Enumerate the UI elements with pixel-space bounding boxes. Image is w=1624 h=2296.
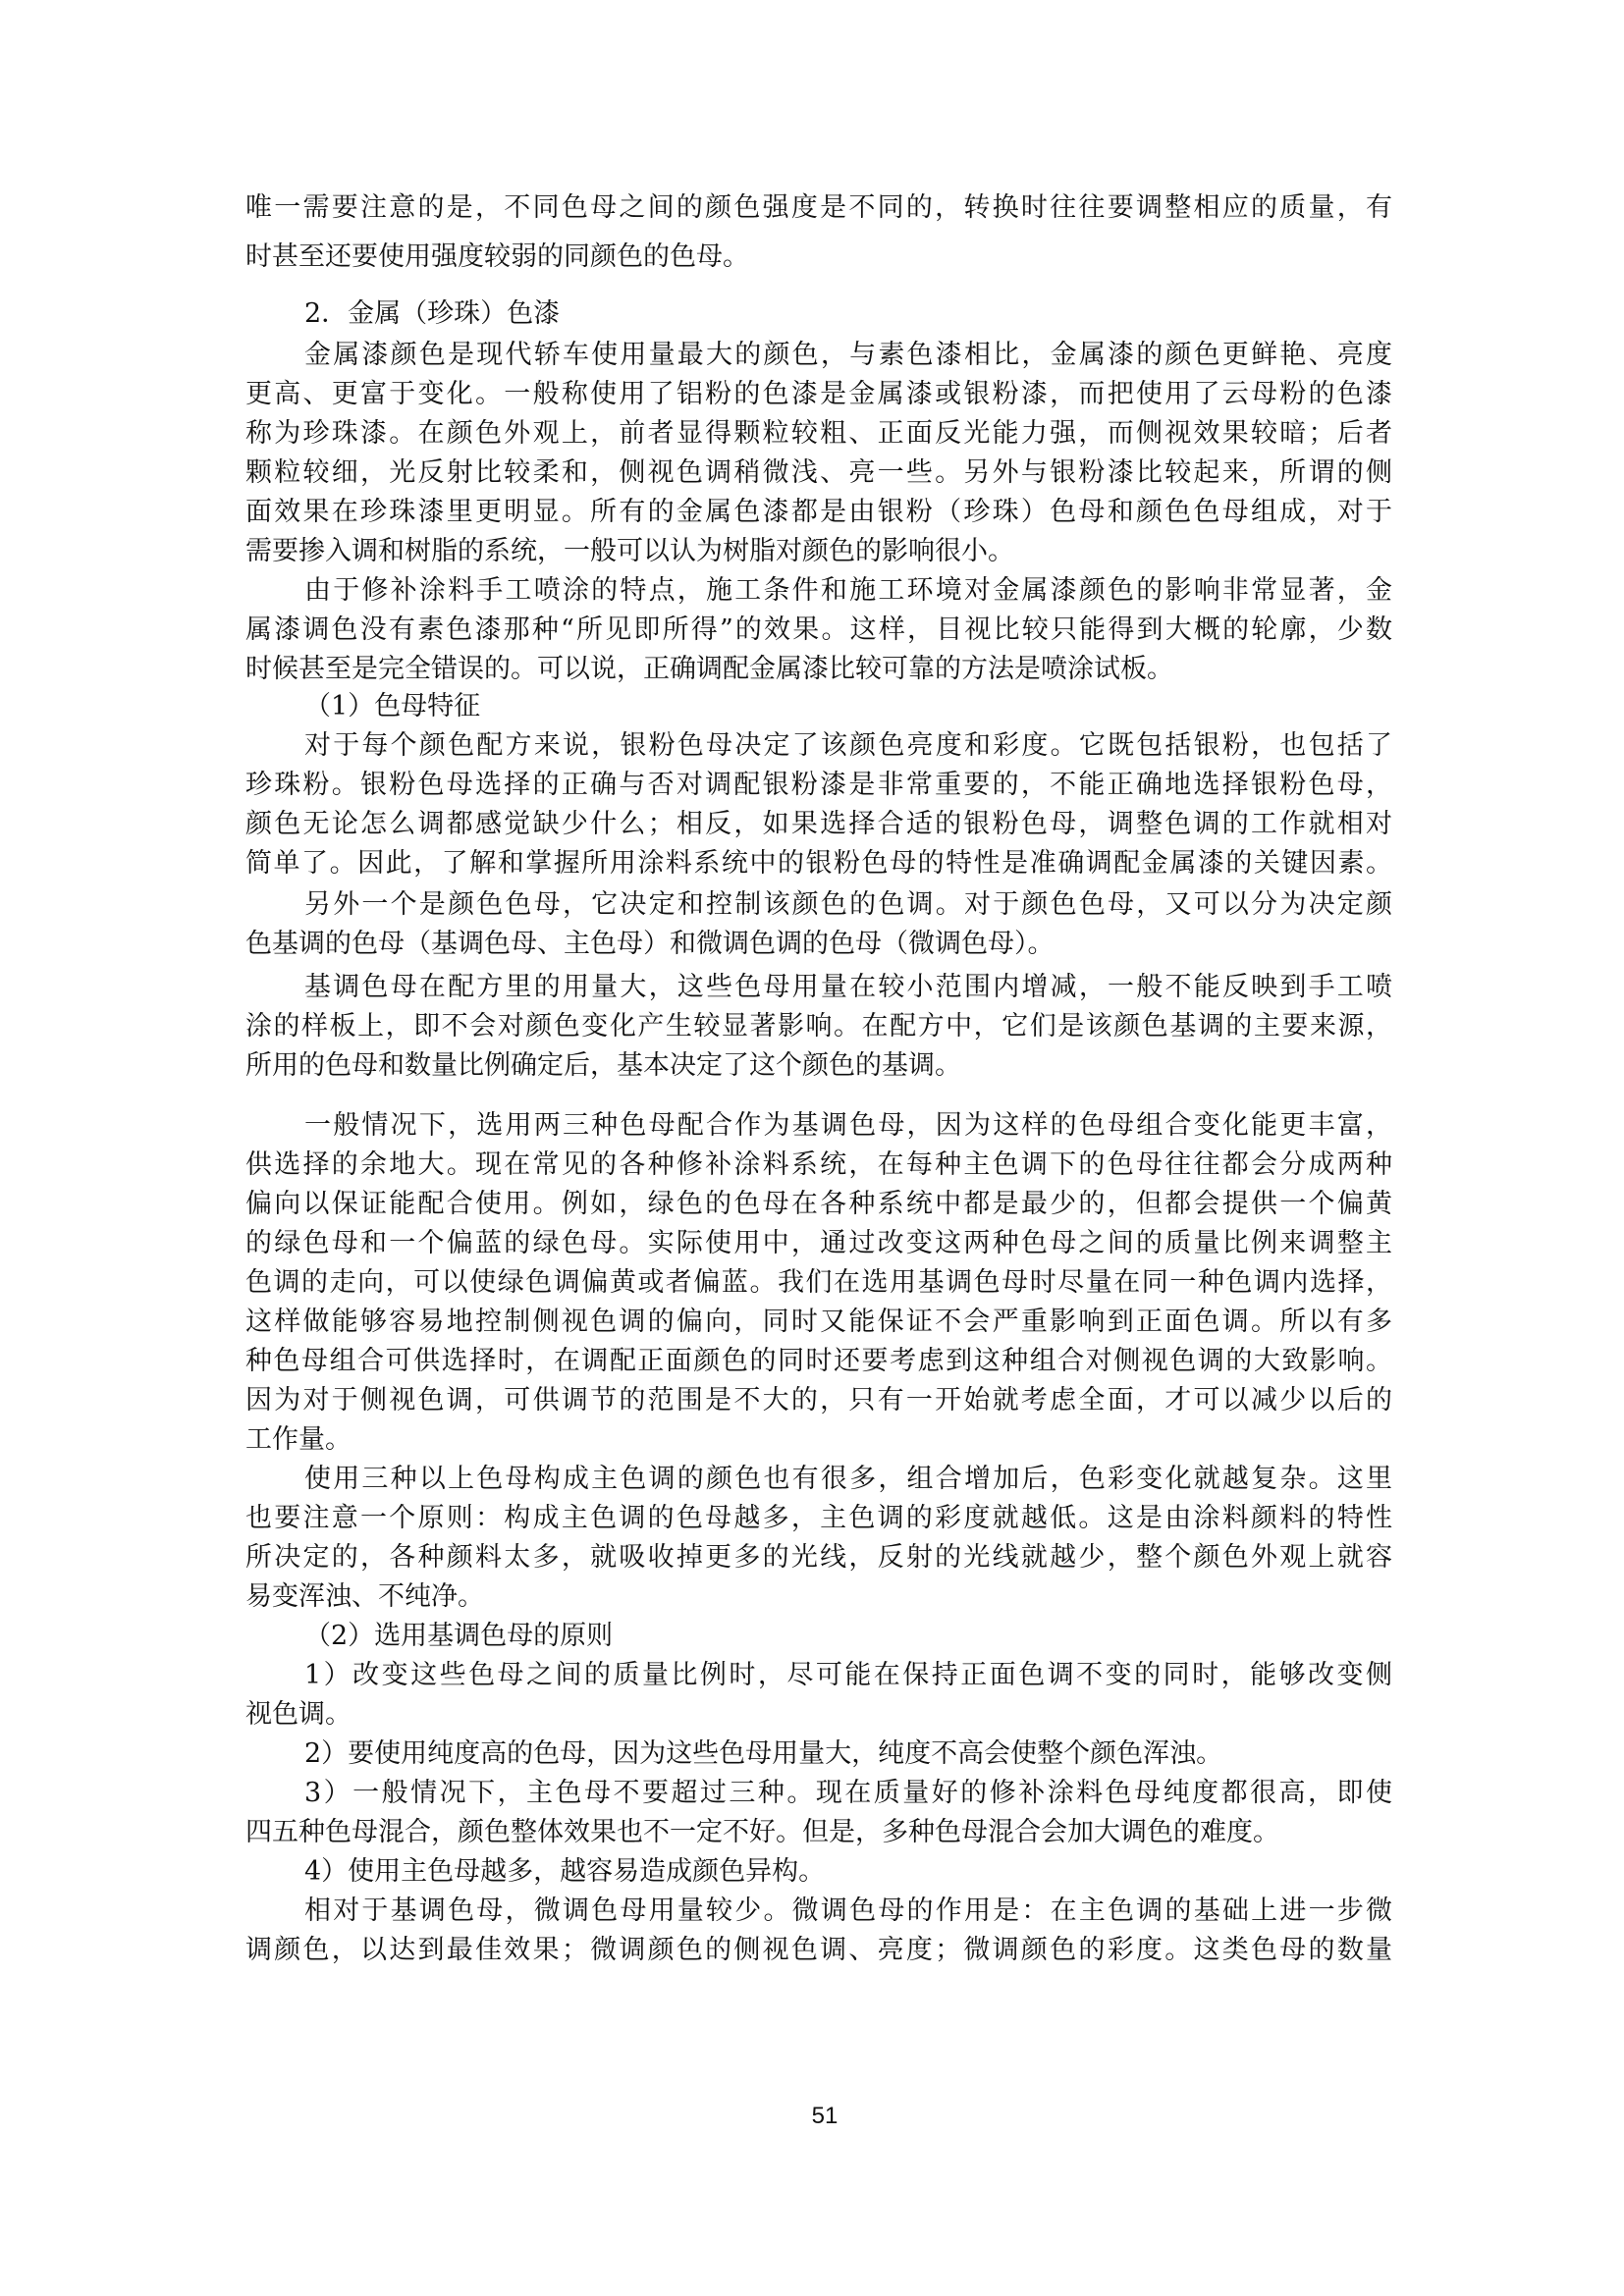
text-line: 1）改变这些色母之间的质量比例时，尽可能在保持正面色调不变的同时，能够改变侧 xyxy=(304,1656,1392,1695)
text-line: 对于每个颜色配方来说，银粉色母决定了该颜色亮度和彩度。它既包括银粉，也包括了 xyxy=(304,726,1392,766)
text-line: 更高、更富于变化。一般称使用了铝粉的色漆是金属漆或银粉漆，而把使用了云母粉的色漆 xyxy=(245,375,1392,414)
text-line: 颗粒较细，光反射比较柔和，侧视色调稍微浅、亮一些。另外与银粉漆比较起来，所谓的侧 xyxy=(245,454,1392,493)
text-line: 种色母组合可供选择时，在调配正面颜色的同时还要考虑到这种组合对侧视色调的大致影响… xyxy=(245,1342,1392,1381)
text-line: 相对于基调色母，微调色母用量较少。微调色母的作用是：在主色调的基础上进一步微 xyxy=(304,1892,1392,1931)
section-heading: 2）要使用纯度高的色母，因为这些色母用量大，纯度不高会使整个颜色浑浊。 xyxy=(304,1735,1392,1774)
text-line: 使用三种以上色母构成主色调的颜色也有很多，组合增加后，色彩变化就越复杂。这里 xyxy=(304,1460,1392,1499)
text-line: 时甚至还要使用强度较弱的同颜色的色母。 xyxy=(245,238,1392,277)
text-line: 涂的样板上，即不会对颜色变化产生较显著影响。在配方中，它们是该颜色基调的主要来源… xyxy=(245,1007,1392,1046)
text-line: 颜色无论怎么调都感觉缺少什么；相反，如果选择合适的银粉色母，调整色调的工作就相对 xyxy=(245,805,1392,844)
text-line: 面效果在珍珠漆里更明显。所有的金属色漆都是由银粉（珍珠）色母和颜色色母组成，对于 xyxy=(245,493,1392,532)
text-line: 唯一需要注意的是，不同色母之间的颜色强度是不同的，转换时往往要调整相应的质量，有 xyxy=(245,188,1392,228)
text-line: 由于修补涂料手工喷涂的特点，施工条件和施工环境对金属漆颜色的影响非常显著，金 xyxy=(304,571,1392,611)
text-line: 因为对于侧视色调，可供调节的范围是不大的，只有一开始就考虑全面，才可以减少以后的 xyxy=(245,1381,1392,1420)
text-line: 所决定的，各种颜料太多，就吸收掉更多的光线，反射的光线就越少，整个颜色外观上就容 xyxy=(245,1538,1392,1577)
text-line: 工作量。 xyxy=(245,1420,1392,1460)
text-line: 也要注意一个原则：构成主色调的色母越多，主色调的彩度就越低。这是由涂料颜料的特性 xyxy=(245,1499,1392,1538)
text-line: 色基调的色母（基调色母、主色母）和微调色调的色母（微调色母）。 xyxy=(245,925,1392,964)
page-number: 51 xyxy=(785,2103,864,2130)
text-line: 金属漆颜色是现代轿车使用量最大的颜色，与素色漆相比，金属漆的颜色更鲜艳、亮度 xyxy=(304,336,1392,375)
text-line: 所用的色母和数量比例确定后，基本决定了这个颜色的基调。 xyxy=(245,1046,1392,1086)
text-line: 时候甚至是完全错误的。可以说，正确调配金属漆比较可靠的方法是喷涂试板。 xyxy=(245,650,1392,689)
text-line: 属漆调色没有素色漆那种“所见即所得”的效果。这样，目视比较只能得到大概的轮廓，少… xyxy=(245,611,1392,650)
text-line: 供选择的余地大。现在常见的各种修补涂料系统，在每种主色调下的色母往往都会分成两种 xyxy=(245,1146,1392,1185)
section-heading: 4）使用主色母越多，越容易造成颜色异构。 xyxy=(304,1852,1392,1892)
text-line: 简单了。因此，了解和掌握所用涂料系统中的银粉色母的特性是准确调配金属漆的关键因素… xyxy=(245,844,1392,883)
text-line: 的绿色母和一个偏蓝的绿色母。实际使用中，通过改变这两种色母之间的质量比例来调整主 xyxy=(245,1224,1392,1263)
text-line: 基调色母在配方里的用量大，这些色母用量在较小范围内增减，一般不能反映到手工喷 xyxy=(304,968,1392,1007)
text-line: 易变浑浊、不纯净。 xyxy=(245,1577,1392,1617)
text-line: 另外一个是颜色色母，它决定和控制该颜色的色调。对于颜色色母，又可以分为决定颜 xyxy=(304,885,1392,925)
text-line: 色调的走向，可以使绿色调偏黄或者偏蓝。我们在选用基调色母时尽量在同一种色调内选择… xyxy=(245,1263,1392,1303)
text-line: 3）一般情况下，主色母不要超过三种。现在质量好的修补涂料色母纯度都很高，即使 xyxy=(304,1774,1392,1813)
section-heading: （1）色母特征 xyxy=(304,687,1392,726)
document-page: 唯一需要注意的是，不同色母之间的颜色强度是不同的，转换时往往要调整相应的质量，有… xyxy=(0,0,1624,2296)
section-heading: 2．金属（珍珠）色漆 xyxy=(304,294,1392,334)
text-line: 调颜色，以达到最佳效果；微调颜色的侧视色调、亮度；微调颜色的彩度。这类色母的数量 xyxy=(245,1931,1392,1970)
text-line: 视色调。 xyxy=(245,1695,1392,1735)
text-line: 需要掺入调和树脂的系统，一般可以认为树脂对颜色的影响很小。 xyxy=(245,532,1392,571)
text-line: 珍珠粉。银粉色母选择的正确与否对调配银粉漆是非常重要的，不能正确地选择银粉色母， xyxy=(245,766,1392,805)
text-line: 称为珍珠漆。在颜色外观上，前者显得颗粒较粗、正面反光能力强，而侧视效果较暗；后者 xyxy=(245,414,1392,454)
text-line: 四五种色母混合，颜色整体效果也不一定不好。但是，多种色母混合会加大调色的难度。 xyxy=(245,1813,1392,1852)
text-line: 偏向以保证能配合使用。例如，绿色的色母在各种系统中都是最少的，但都会提供一个偏黄 xyxy=(245,1185,1392,1224)
section-heading: （2）选用基调色母的原则 xyxy=(304,1617,1392,1656)
text-line: 这样做能够容易地控制侧视色调的偏向，同时又能保证不会严重影响到正面色调。所以有多 xyxy=(245,1303,1392,1342)
text-line: 一般情况下，选用两三种色母配合作为基调色母，因为这样的色母组合变化能更丰富， xyxy=(304,1106,1392,1146)
